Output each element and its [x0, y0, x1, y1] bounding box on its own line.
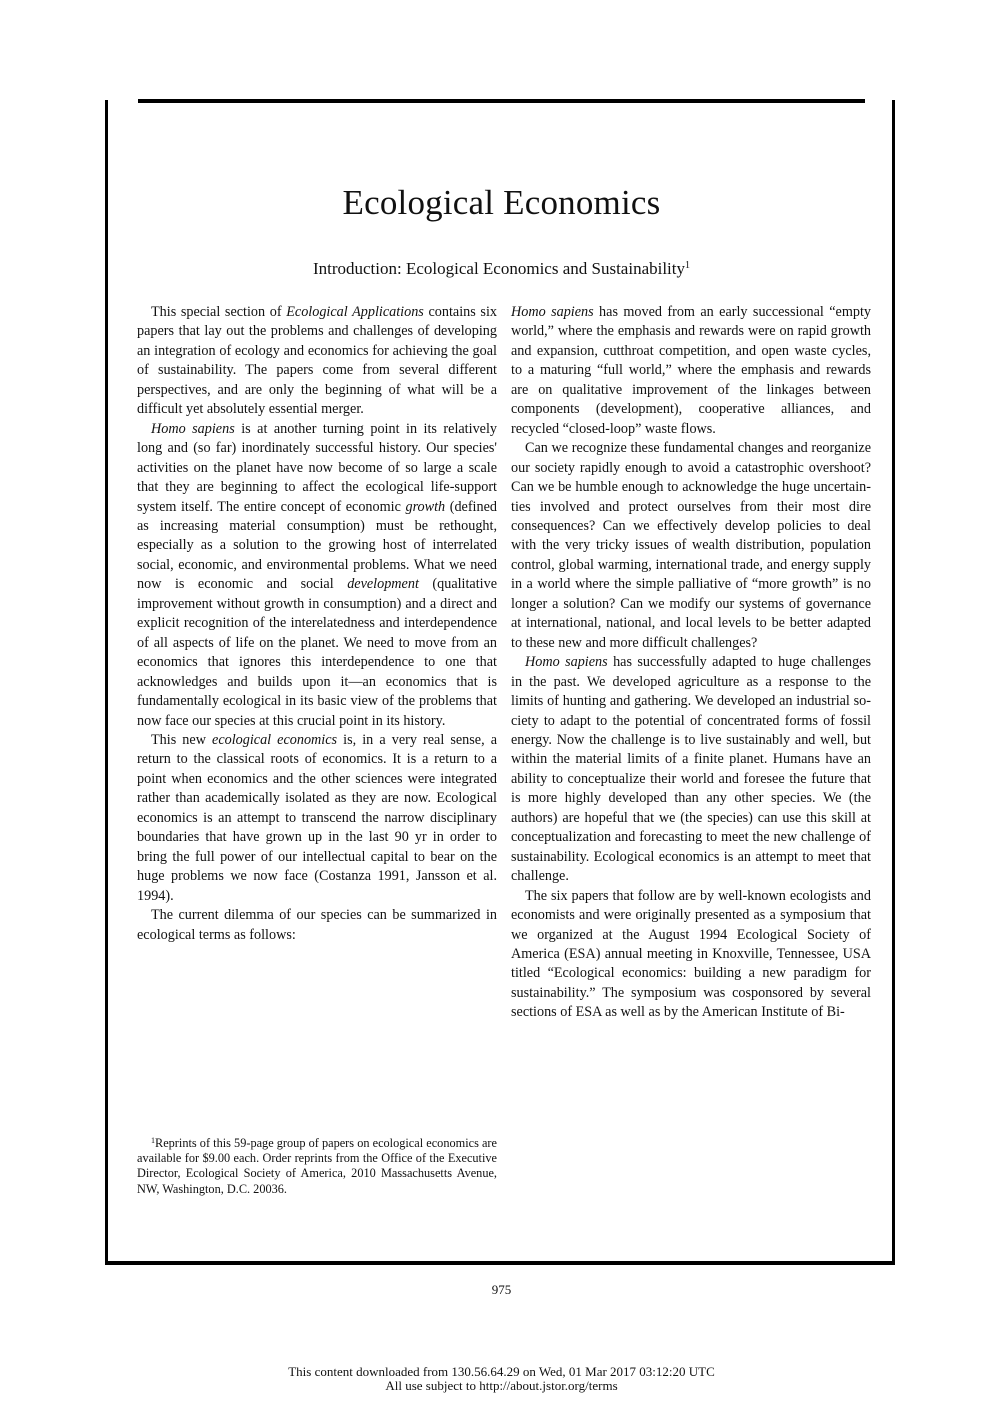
bottom-rule	[105, 1261, 895, 1265]
footnote-text: Reprints of this 59-page group of papers…	[137, 1136, 497, 1196]
paragraph: Homo sapiens has moved from an early suc…	[511, 303, 871, 439]
footnote-marker: 1	[685, 260, 690, 271]
italic-term: development	[347, 576, 419, 592]
right-column: Homo sapiens has moved from an early suc…	[511, 303, 871, 1023]
text: (qualitative improvement without growth …	[137, 576, 497, 728]
terms-link[interactable]: All use subject to http://about.jstor.or…	[0, 1379, 1003, 1393]
text: contains six papers that lay out the pro…	[137, 304, 497, 417]
text: is, in a very real sense, a return to th…	[137, 732, 497, 904]
footnote-paragraph: 1Reprints of this 59-page group of paper…	[137, 1133, 497, 1197]
paragraph: Can we recognize these fundamental chang…	[511, 439, 871, 653]
paragraph: This new ecological economics is, in a v…	[137, 731, 497, 906]
subtitle-text: Introduction: Ecological Economics and S…	[313, 259, 685, 278]
italic-term: ecological economics	[212, 732, 337, 748]
left-column: This special section of Ecological Appli…	[137, 303, 497, 945]
text: This new	[151, 732, 212, 748]
download-notice: This content downloaded from 130.56.64.2…	[0, 1365, 1003, 1393]
page-number: 975	[0, 1282, 1003, 1298]
top-rule	[138, 99, 865, 103]
text: has successfully adapted to huge challen…	[511, 654, 871, 884]
journal-name: Ecological Applications	[286, 304, 424, 320]
paragraph: This special section of Ecological Appli…	[137, 303, 497, 420]
article-title: Ecological Economics	[0, 183, 1003, 223]
italic-term: Homo sapiens	[151, 421, 235, 437]
footnote: 1Reprints of this 59-page group of paper…	[137, 1133, 497, 1197]
text: This special section of	[151, 304, 286, 320]
italic-term: Homo sapiens	[525, 654, 608, 670]
paragraph: The current dilemma of our species can b…	[137, 906, 497, 945]
paragraph: The six papers that follow are by well-k…	[511, 887, 871, 1023]
article-subtitle: Introduction: Ecological Economics and S…	[0, 259, 1003, 279]
download-notice-line1: This content downloaded from 130.56.64.2…	[0, 1365, 1003, 1379]
text: has moved from an early succes­sional “e…	[511, 304, 871, 437]
paragraph: Homo sapiens has successfully adapted to…	[511, 653, 871, 886]
italic-term: growth	[405, 499, 445, 515]
italic-term: Homo sapiens	[511, 304, 594, 320]
paragraph: Homo sapiens is at another turning point…	[137, 420, 497, 731]
